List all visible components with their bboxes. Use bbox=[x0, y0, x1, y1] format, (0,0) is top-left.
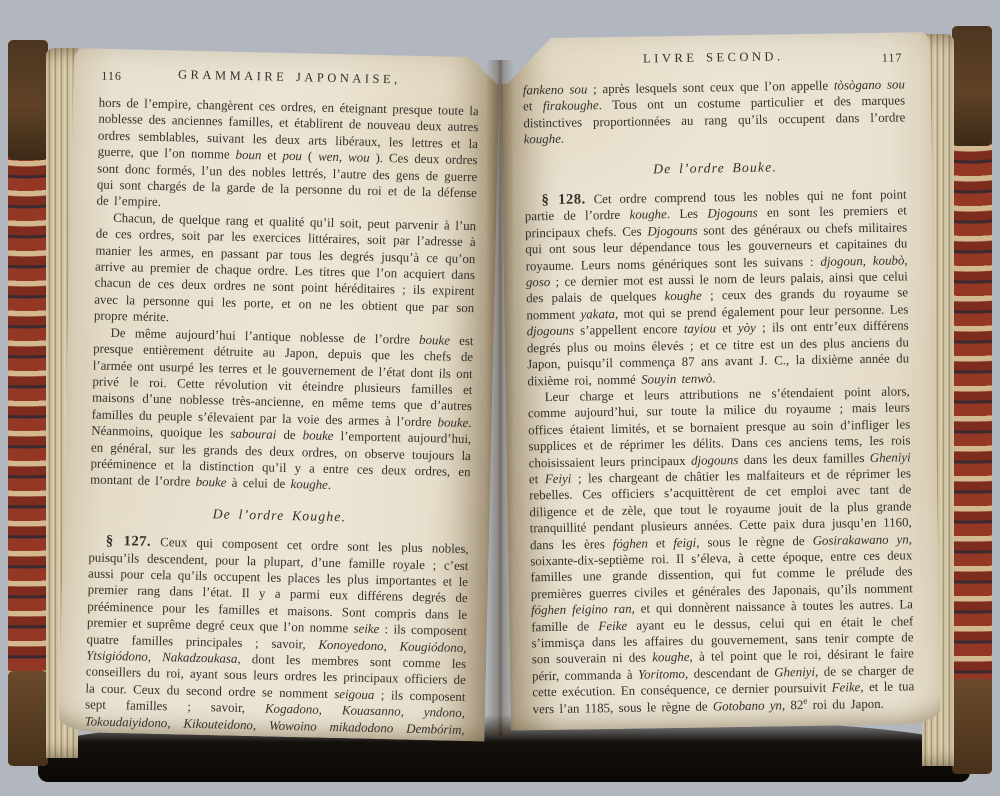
paragraph: hors de l’empire, changèrent ces ordres,… bbox=[96, 95, 479, 218]
page-number: 116 bbox=[101, 68, 122, 85]
gutter-shadow bbox=[486, 60, 514, 736]
leather-corner-top-right bbox=[952, 26, 992, 146]
page-117-content: LIVRE SECOND. 117 fankeno sou ; après le… bbox=[500, 32, 941, 731]
page-116: 116 GRAMMAIRE JAPONAISE, hors de l’empir… bbox=[58, 48, 499, 741]
page-116-content: 116 GRAMMAIRE JAPONAISE, hors de l’empir… bbox=[58, 48, 499, 741]
marbled-cover-right bbox=[952, 26, 992, 774]
page-number: 117 bbox=[882, 49, 903, 66]
section-heading: De l’ordre Bouke. bbox=[524, 157, 906, 179]
leather-corner-bottom-right bbox=[952, 679, 992, 774]
section-heading: De l’ordre Koughe. bbox=[89, 503, 469, 528]
running-title: GRAMMAIRE JAPONAISE, bbox=[99, 65, 479, 90]
leather-corner-top-left bbox=[8, 40, 48, 160]
page-117: LIVRE SECOND. 117 fankeno sou ; après le… bbox=[500, 32, 941, 731]
book-photo: 116 GRAMMAIRE JAPONAISE, hors de l’empir… bbox=[0, 0, 1000, 796]
paragraph: fankeno sou ; après lesquels sont ceux q… bbox=[523, 76, 906, 148]
page-117-header: LIVRE SECOND. 117 bbox=[522, 46, 904, 76]
page-116-header: 116 GRAMMAIRE JAPONAISE, bbox=[99, 65, 479, 98]
running-title: LIVRE SECOND. bbox=[522, 46, 904, 68]
paragraph: § 128. Cet ordre comprend tous les noble… bbox=[524, 186, 909, 389]
page-117-text: fankeno sou ; après lesquels sont ceux q… bbox=[523, 76, 915, 717]
paragraph: § 127. Ceux qui composent cet ordre sont… bbox=[84, 533, 469, 742]
page-116-text: hors de l’empire, changèrent ces ordres,… bbox=[84, 95, 479, 742]
paragraph: Leur charge et leurs attributions ne s’é… bbox=[528, 383, 915, 717]
paragraph: Chacun, de quelque rang et qualité qu’il… bbox=[94, 209, 477, 332]
marbled-cover-left bbox=[8, 40, 48, 766]
leather-corner-bottom-left bbox=[8, 671, 48, 766]
paragraph: De même aujourd’hui l’antique noblesse d… bbox=[90, 324, 474, 497]
